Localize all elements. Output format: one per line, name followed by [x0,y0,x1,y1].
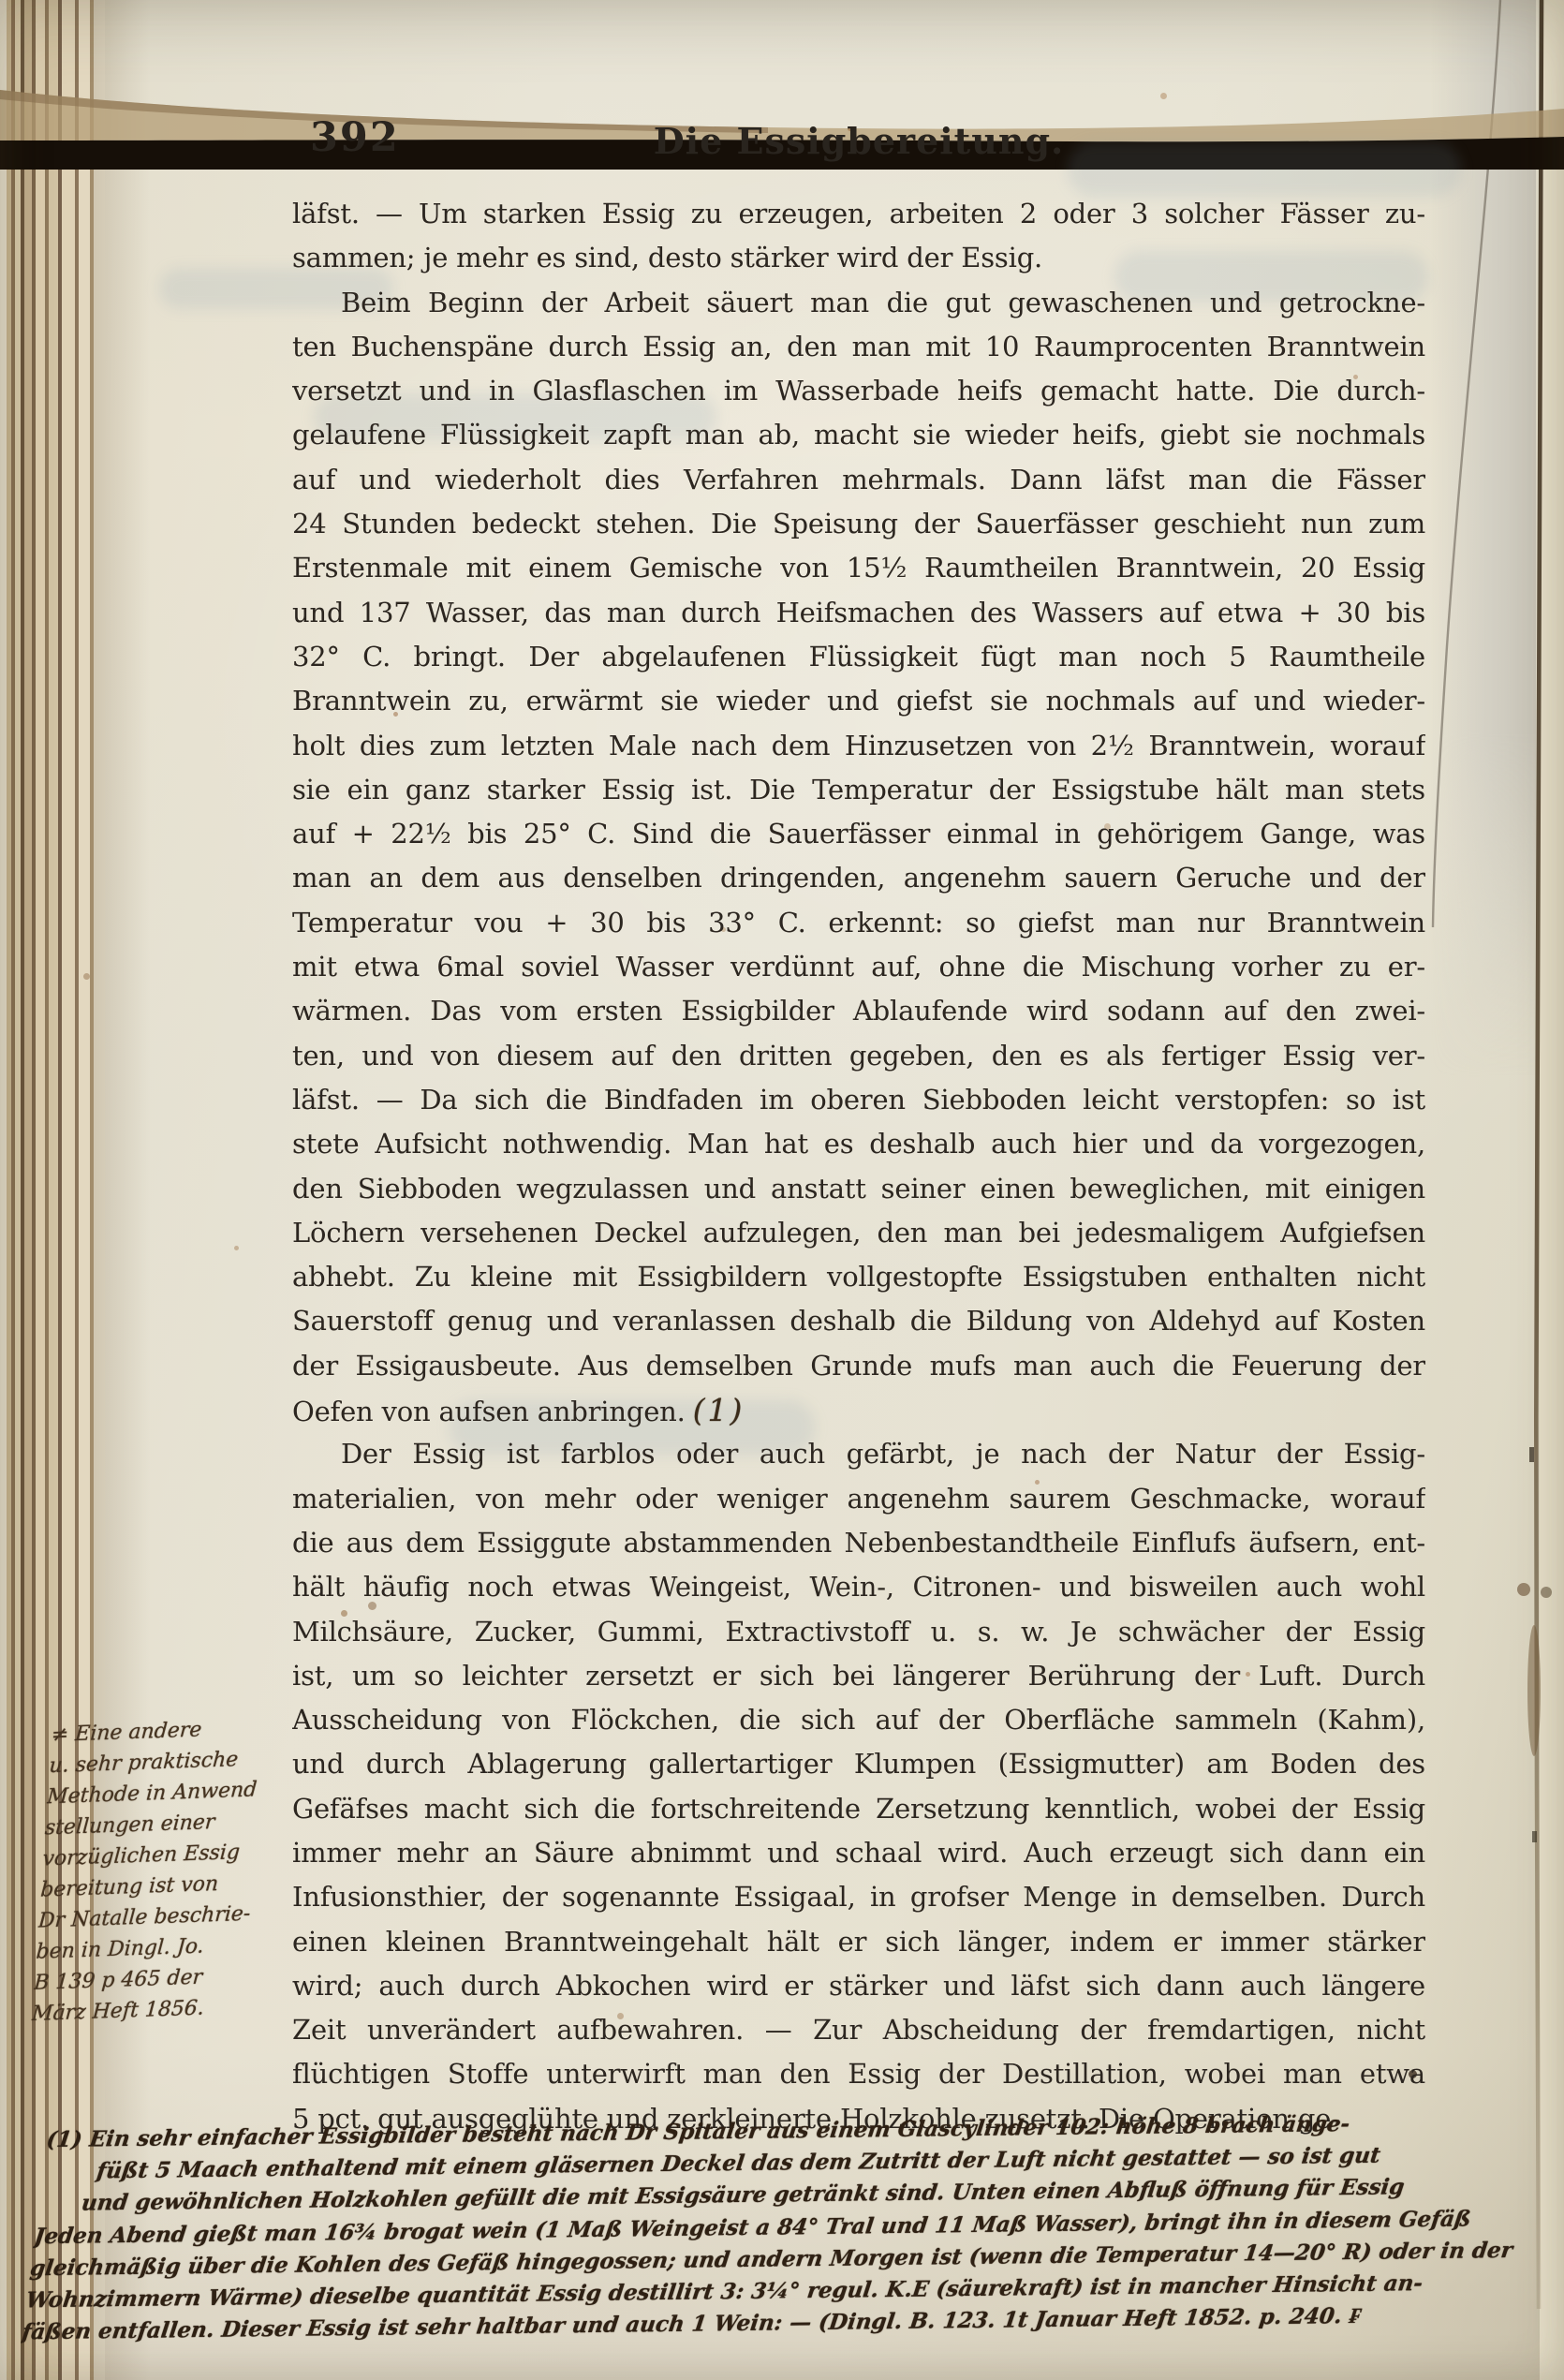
printed-text-line: 32° C. bringt. Der abgelaufenen Flüssigk… [292,635,1425,679]
printed-text-line: versetzt und in Glasflaschen im Wasserba… [292,369,1425,413]
printed-text-line: mit etwa 6mal soviel Wasser verdünnt auf… [292,945,1425,989]
printed-text-line: gelaufene Flüssigkeit zapft man ab, mach… [292,413,1425,457]
edge-stain [1527,1625,1541,1756]
book-page-scan: 392 Die Essigbereitung. läfst. — Um star… [0,0,1564,2380]
printed-text-line: Beim Beginn der Arbeit säuert man die gu… [292,281,1425,325]
printed-text-line: stete Aufsicht nothwendig. Man hat es de… [292,1122,1425,1166]
printed-text-line: Milchsäure, Zucker, Gummi, Extractivstof… [292,1610,1425,1654]
printed-text-line: Ausscheidung von Flöckchen, die sich auf… [292,1698,1425,1742]
printed-text-line: Branntwein zu, erwärmt sie wieder und gi… [292,679,1425,723]
printed-text-line: hält häufig noch etwas Weingeist, Wein-,… [292,1565,1425,1609]
margin-note-handwritten: ≠ Eine andereu. sehr praktischeMethode i… [31,1710,313,2030]
printed-text-line: wird; auch durch Abkochen wird er stärke… [292,1964,1425,2008]
printed-text-line: ten Buchenspäne durch Essig an, den man … [292,325,1425,369]
printed-text-line: ten, und von diesem auf den dritten gege… [292,1034,1425,1078]
printed-text-line: materialien, von mehr oder weniger angen… [292,1477,1425,1521]
printed-text-line: Gefäfses macht sich die fortschreitende … [292,1787,1425,1831]
printed-text-line: flüchtigen Stoffe unterwirft man den Ess… [292,2052,1425,2096]
printed-text-line: auf + 22½ bis 25° C. Sind die Sauerfässe… [292,812,1425,856]
printed-text-line: einen kleinen Branntweingehalt hält er s… [292,1920,1425,1964]
printed-text-line: und 137 Wasser, das man durch Heifsmache… [292,591,1425,635]
printed-text-line: und durch Ablagerung gallertartiger Klum… [292,1742,1425,1786]
printed-text-line: Sauerstoff genug und veranlassen deshalb… [292,1299,1425,1343]
printed-text-line: die aus dem Essiggute abstammenden Neben… [292,1521,1425,1565]
printed-text-line: ist, um so leichter zersetzt er sich bei… [292,1654,1425,1698]
edge-speck [1529,1447,1534,1462]
running-header-title: Die Essigbereitung. [292,120,1425,162]
printed-text-line: 24 Stunden bedeckt stehen. Die Speisung … [292,502,1425,546]
printed-text-line: sie ein ganz starker Essig ist. Die Temp… [292,768,1425,812]
printed-text-line: wärmen. Das vom ersten Essigbilder Ablau… [292,989,1425,1033]
printed-text-line: den Siebboden wegzulassen und anstatt se… [292,1167,1425,1211]
printed-text-line: Löchern versehenen Deckel aufzulegen, de… [292,1211,1425,1255]
printed-text-line: auf und wiederholt dies Verfahren mehrma… [292,458,1425,502]
printed-text-line: immer mehr an Säure abnimmt und schaal w… [292,1831,1425,1875]
printed-text-line: man an dem aus denselben dringenden, ang… [292,856,1425,900]
printed-text-line: Infusionsthier, der sogenannte Essigaal,… [292,1875,1425,1919]
footnote-handwritten: (1) Ein sehr einfacher Essigbilder beste… [20,2106,1558,2349]
handwritten-footnote-mark: (1) [693,1392,745,1428]
printed-text-line: holt dies zum letzten Male nach dem Hinz… [292,724,1425,768]
edge-speck [1532,1831,1537,1842]
edge-stain-dot [1541,1587,1552,1598]
printed-text-line: Zeit unverändert aufbewahren. — Zur Absc… [292,2008,1425,2052]
printed-text-line: läfst. — Um starken Essig zu erzeugen, a… [292,192,1425,236]
body-text: läfst. — Um starken Essig zu erzeugen, a… [292,192,1425,2141]
printed-text-line: sammen; je mehr es sind, desto stärker w… [292,236,1425,280]
printed-text-line: Erstenmale mit einem Gemische von 15½ Ra… [292,546,1425,590]
printed-text-line: läfst. — Da sich die Bindfaden im oberen… [292,1078,1425,1122]
printed-text-line: Oefen von aufsen anbringen.(1) [292,1388,1425,1432]
printed-text-line: Der Essig ist farblos oder auch gefärbt,… [292,1432,1425,1476]
printed-text-line: der Essigausbeute. Aus demselben Grunde … [292,1344,1425,1388]
printed-text-line: abhebt. Zu kleine mit Essigbildern vollg… [292,1255,1425,1299]
printed-text-line: Temperatur vou + 30 bis 33° C. erkennt: … [292,901,1425,945]
edge-stain-dot [1517,1583,1530,1596]
page-right-edge-line [1536,0,1542,2309]
